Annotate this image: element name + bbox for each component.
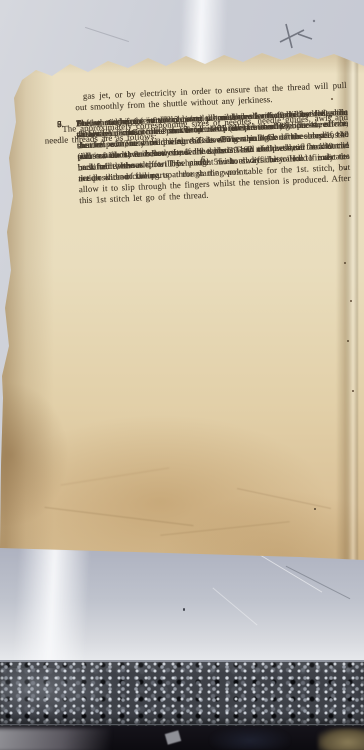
floor-chip [165, 730, 181, 744]
table-front-edge [0, 548, 364, 664]
granite-chip [0, 668, 120, 718]
paper-crease [44, 507, 193, 526]
floor-shadow [0, 726, 364, 750]
granite-ledge [0, 660, 364, 728]
paper-crease [237, 488, 331, 509]
light-reflection-front [13, 546, 91, 666]
page-text: gas jet, or by electricity in order to e… [55, 80, 350, 171]
floor-tan-object [318, 728, 364, 750]
floor-dark-shape [210, 726, 290, 750]
scratch-line [212, 587, 257, 625]
scratch-line [286, 566, 351, 600]
granite-seam [0, 724, 364, 725]
paper-crease [61, 467, 170, 485]
speck [183, 608, 185, 611]
book-page: gas jet, or by electricity in order to e… [0, 46, 364, 570]
scratch-mark-icon [268, 12, 324, 62]
photo-of-manual-page: gas jet, or by electricity in order to e… [0, 0, 364, 750]
floor-highlight [0, 728, 110, 750]
